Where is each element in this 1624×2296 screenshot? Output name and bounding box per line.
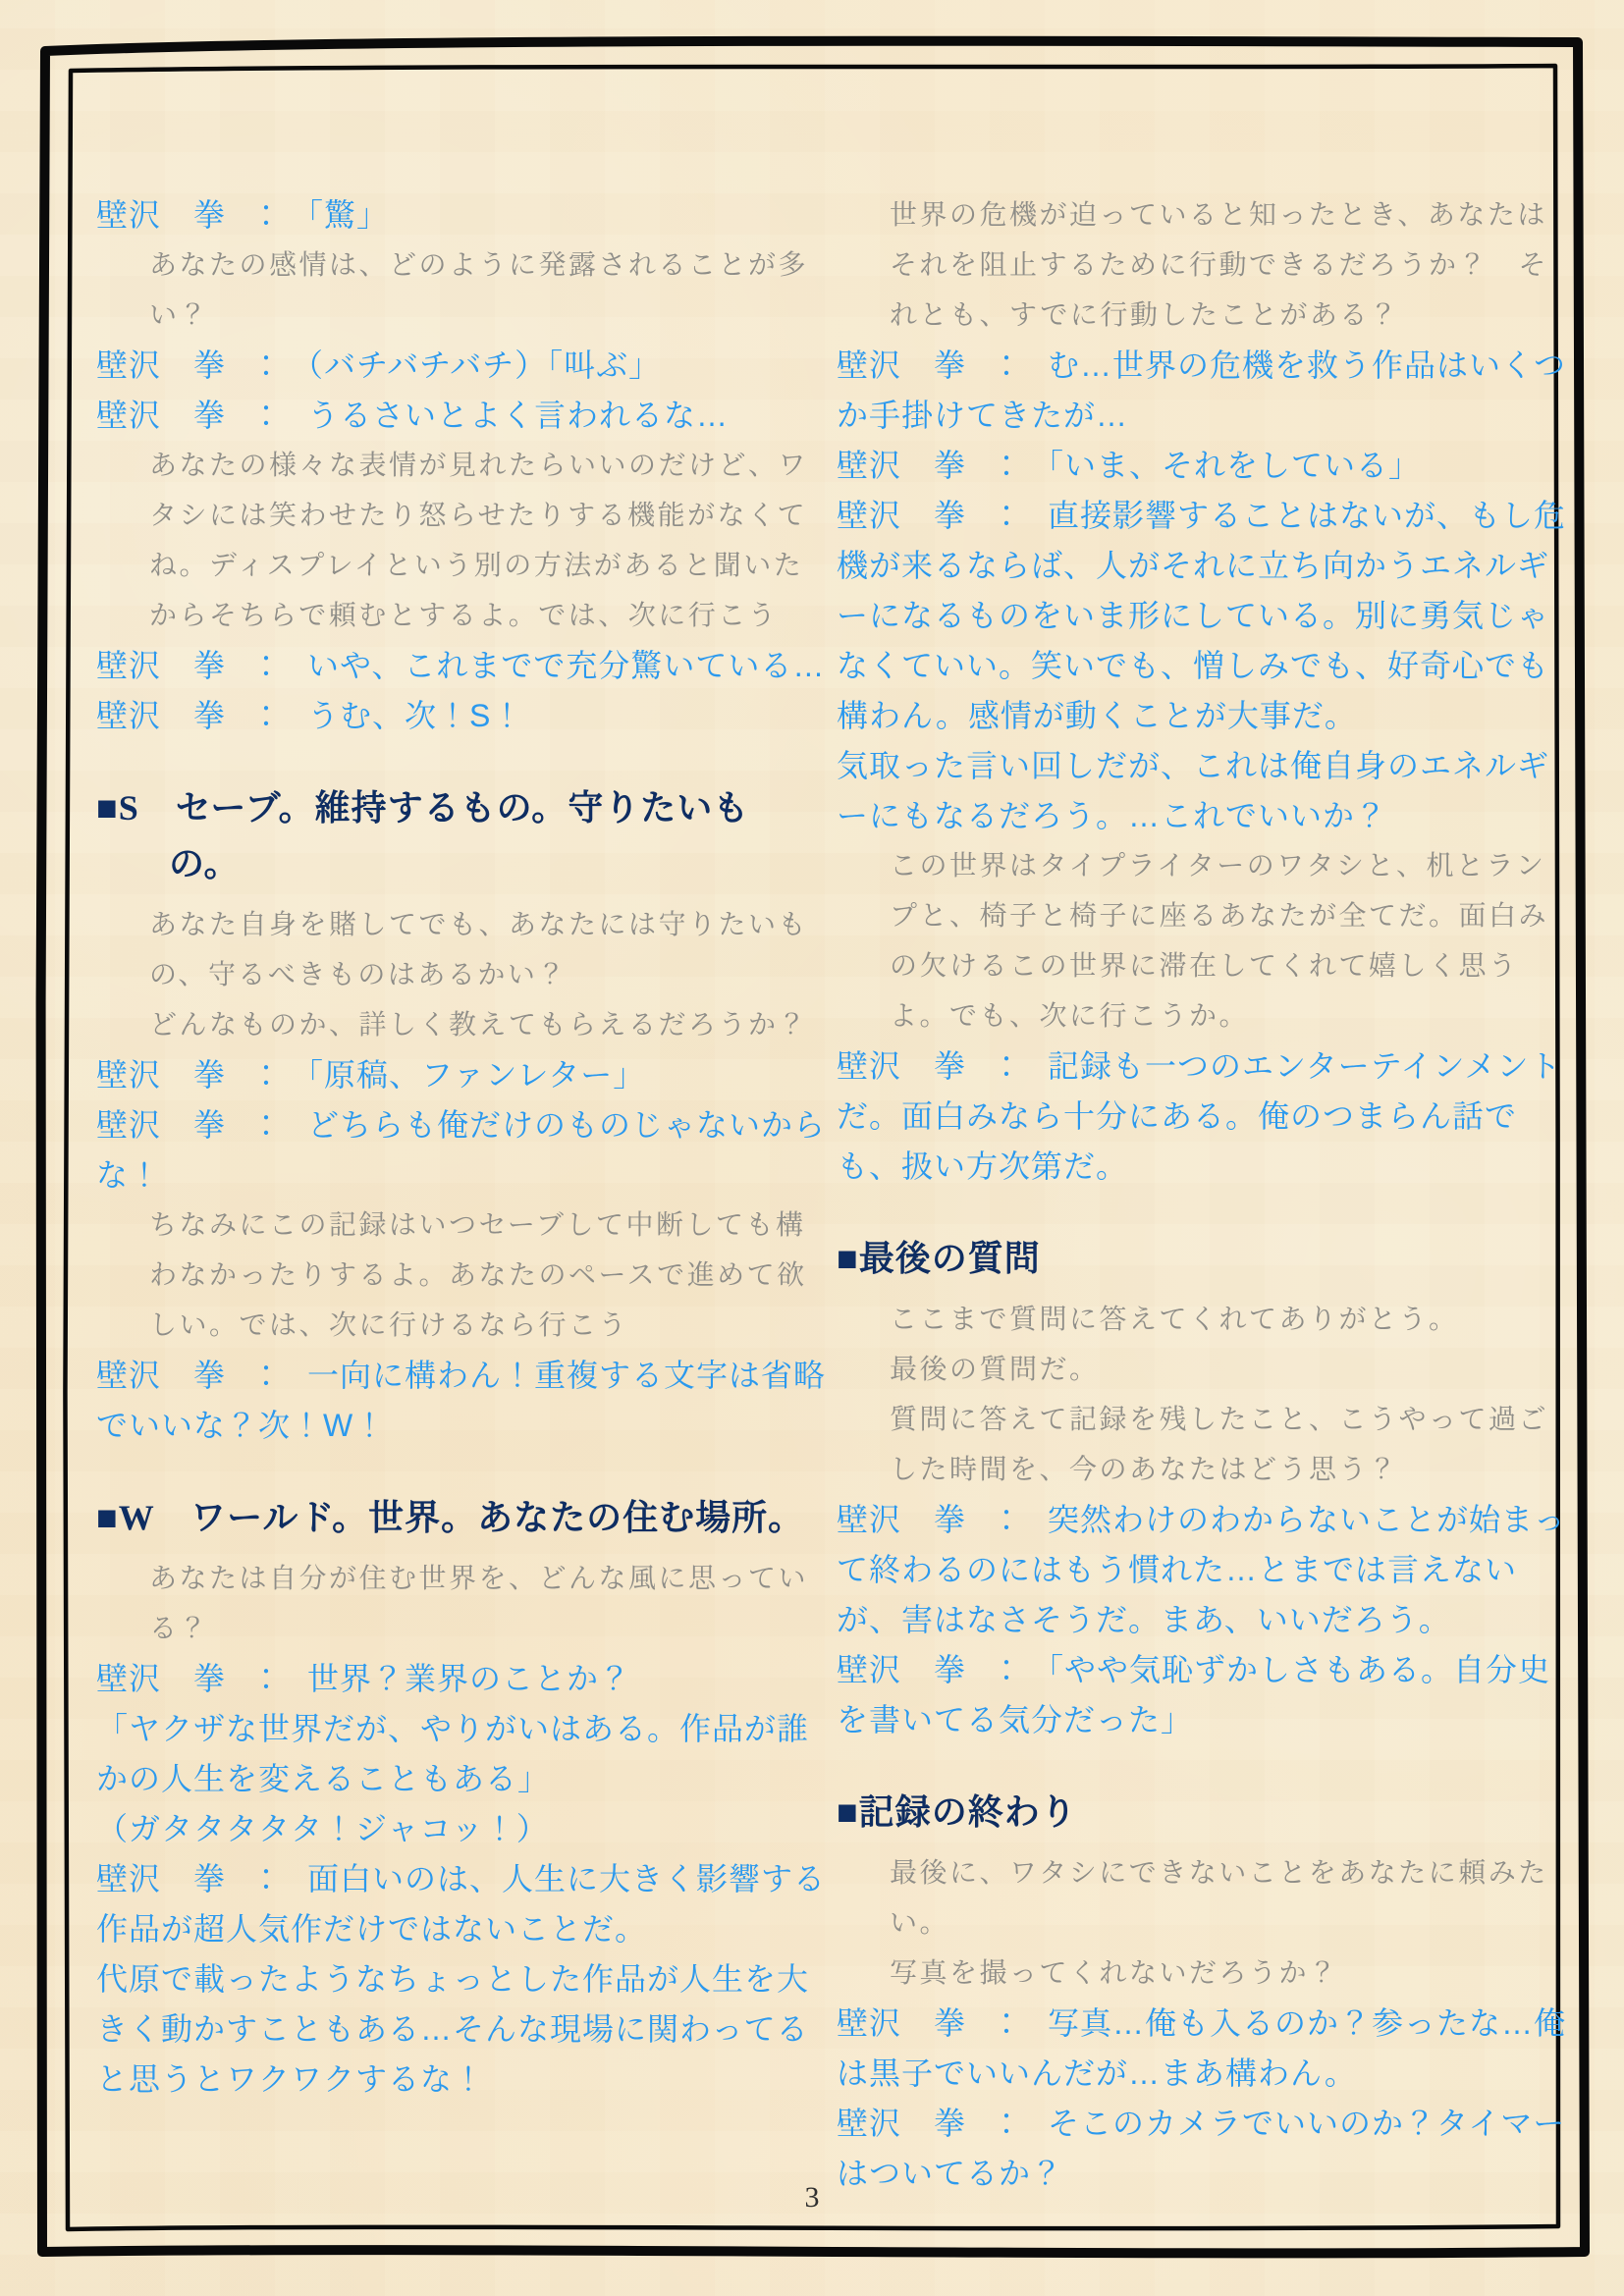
- dialogue-line: も、扱い方次第だ。: [837, 1142, 1543, 1192]
- heading-block: ■記録の終わり: [837, 1785, 1543, 1841]
- dialogue-block: 壁沢 拳 ： 「やや気恥ずかしさもある。自分史を書いてる気分だった」: [837, 1645, 1543, 1745]
- heading-block: ■S セーブ。維持するもの。守りたいも の。: [96, 780, 803, 892]
- dialogue-block: 壁沢 拳 ： 直接影響することはないが、もし危機が来るならば、人がそれに立ち向か…: [837, 491, 1543, 841]
- narration-line: ここまで質問に答えてくれてありがとう。: [837, 1295, 1543, 1345]
- dialogue-line: 壁沢 拳 ： いや、これまでで充分驚いている…: [96, 641, 803, 691]
- narration-line: い？: [96, 291, 803, 341]
- dialogue-line: 代原で載ったようなちょっとした作品が人生を大: [96, 1954, 803, 2004]
- narration-block: あなたの様々な表情が見れたらいいのだけど、ワタシには笑わせたり怒らせたりする機能…: [96, 441, 803, 641]
- narration-block: あなたは自分が住む世界を、どんな風に思っている？: [96, 1554, 803, 1654]
- dialogue-block: 壁沢 拳 ： うるさいとよく言われるな…: [96, 391, 803, 441]
- narration-line: わなかったりするよ。あなたのペースで進めて欲: [96, 1251, 803, 1301]
- dialogue-line: 作品が超人気作だけではないことだ。: [96, 1904, 803, 1954]
- narration-line: しい。では、次に行けるなら行こう: [96, 1301, 803, 1351]
- dialogue-block: 壁沢 拳 ： 記録も一つのエンターテインメントだ。面白みなら十分にある。俺のつま…: [837, 1041, 1543, 1192]
- narration-block: ちなみにこの記録はいつセーブして中断しても構わなかったりするよ。あなたのペースで…: [96, 1201, 803, 1351]
- narration-block: 最後に、ワタシにできないことをあなたに頼みたい。写真を撮ってくれないだろうか？: [837, 1848, 1543, 1999]
- heading-line: ■記録の終わり: [837, 1785, 1543, 1841]
- heading-line: の。: [96, 836, 803, 892]
- narration-block: この世界はタイプライターのワタシと、机とランプと、椅子と椅子に座るあなたが全てだ…: [837, 841, 1543, 1041]
- dialogue-line: 壁沢 拳 ： 「原稿、ファンレター」: [96, 1050, 803, 1100]
- dialogue-line: 機が来るならば、人がそれに立ち向かうエネルギ: [837, 541, 1543, 591]
- dialogue-block: 壁沢 拳 ： む…世界の危機を救う作品はいくつか手掛けてきたが…: [837, 341, 1543, 441]
- dialogue-line: 壁沢 拳 ： 一向に構わん！重複する文字は省略: [96, 1351, 803, 1401]
- dialogue-block: 壁沢 拳 ： 「驚」: [96, 190, 803, 240]
- dialogue-line: なくていい。笑いでも、憎しみでも、好奇心でも: [837, 641, 1543, 691]
- dialogue-line: か手掛けてきたが…: [837, 391, 1543, 441]
- dialogue-line: 壁沢 拳 ： うるさいとよく言われるな…: [96, 391, 803, 441]
- dialogue-line: 壁沢 拳 ： 直接影響することはないが、もし危: [837, 491, 1543, 541]
- dialogue-line: だ。面白みなら十分にある。俺のつまらん話で: [837, 1092, 1543, 1142]
- narration-line: れとも、すでに行動したことがある？: [837, 291, 1543, 341]
- dialogue-line: 壁沢 拳 ： 「いま、それをしている」: [837, 441, 1543, 491]
- narration-line: の欠けるこの世界に滞在してくれて嬉しく思う: [837, 941, 1543, 991]
- dialogue-block: 壁沢 拳 ： いや、これまでで充分驚いている…: [96, 641, 803, 691]
- dialogue-line: 壁沢 拳 ： 世界？業界のことか？: [96, 1654, 803, 1704]
- narration-line: プと、椅子と椅子に座るあなたが全てだ。面白み: [837, 891, 1543, 941]
- dialogue-line: な！: [96, 1150, 803, 1201]
- narration-line: 最後の質問だ。: [837, 1345, 1543, 1395]
- dialogue-block: 壁沢 拳 ： どちらも俺だけのものじゃないからな！: [96, 1100, 803, 1201]
- dialogue-line: て終わるのにはもう慣れた…とまでは言えない: [837, 1545, 1543, 1595]
- narration-line: あなたの様々な表情が見れたらいいのだけど、ワ: [96, 441, 803, 491]
- narration-block: 世界の危機が迫っていると知ったとき、あなたはそれを阻止するために行動できるだろう…: [837, 190, 1543, 341]
- dialogue-line: でいいな？次！W！: [96, 1401, 803, 1451]
- dialogue-line: 「ヤクザな世界だが、やりがいはある。作品が誰: [96, 1704, 803, 1754]
- dialogue-line: が、害はなさそうだ。まあ、いいだろう。: [837, 1595, 1543, 1645]
- dialogue-line: ーになるものをいま形にしている。別に勇気じゃ: [837, 591, 1543, 641]
- dialogue-block: 壁沢 拳 ： 写真…俺も入るのか？参ったな…俺は黒子でいいんだが…まあ構わん。: [837, 1999, 1543, 2099]
- narration-line: ね。ディスプレイという別の方法があると聞いた: [96, 541, 803, 591]
- narration-line: の、守るべきものはあるかい？: [96, 950, 803, 1000]
- dialogue-line: を書いてる気分だった」: [837, 1695, 1543, 1745]
- page-number: 3: [0, 2181, 1624, 2215]
- dialogue-line: 構わん。感情が動くことが大事だ。: [837, 691, 1543, 741]
- dialogue-line: 壁沢 拳 ： そこのカメラでいいのか？タイマー: [837, 2099, 1543, 2149]
- narration-line: あなた自身を賭してでも、あなたには守りたいも: [96, 900, 803, 950]
- dialogue-line: 壁沢 拳 ： 写真…俺も入るのか？参ったな…俺: [837, 1999, 1543, 2049]
- narration-line: よ。でも、次に行こうか。: [837, 991, 1543, 1041]
- heading-line: ■S セーブ。維持するもの。守りたいも: [96, 780, 803, 836]
- dialogue-line: 壁沢 拳 ： うむ、次！S！: [96, 691, 803, 741]
- dialogue-block: 壁沢 拳 ： 「いま、それをしている」: [837, 441, 1543, 491]
- dialogue-line: かの人生を変えることもある」: [96, 1754, 803, 1804]
- dialogue-line: （ガタタタタタ！ジャコッ！）: [96, 1804, 803, 1854]
- narration-line: 写真を撮ってくれないだろうか？: [837, 1949, 1543, 1999]
- narration-line: タシには笑わせたり怒らせたりする機能がなくて: [96, 491, 803, 541]
- narration-line: どんなものか、詳しく教えてもらえるだろうか？: [96, 1000, 803, 1050]
- dialogue-line: ーにもなるだろう。…これでいいか？: [837, 791, 1543, 841]
- narration-block: あなたの感情は、どのように発露されることが多い？: [96, 240, 803, 341]
- narration-line: それを阻止するために行動できるだろうか？ そ: [837, 240, 1543, 291]
- narration-line: 最後に、ワタシにできないことをあなたに頼みた: [837, 1848, 1543, 1898]
- dialogue-line: は黒子でいいんだが…まあ構わん。: [837, 2049, 1543, 2099]
- right-column: 世界の危機が迫っていると知ったとき、あなたはそれを阻止するために行動できるだろう…: [837, 190, 1543, 2199]
- dialogue-line: 壁沢 拳 ： どちらも俺だけのものじゃないから: [96, 1100, 803, 1150]
- dialogue-block: 壁沢 拳 ： 面白いのは、人生に大きく影響する作品が超人気作だけではないことだ。…: [96, 1854, 803, 2105]
- narration-line: からそちらで頼むとするよ。では、次に行こう: [96, 591, 803, 641]
- narration-line: い。: [837, 1898, 1543, 1949]
- dialogue-line: 壁沢 拳 ： 「驚」: [96, 190, 803, 240]
- heading-line: ■W ワールド。世界。あなたの住む場所。: [96, 1490, 803, 1546]
- dialogue-line: 壁沢 拳 ： 面白いのは、人生に大きく影響する: [96, 1854, 803, 1904]
- narration-line: あなたは自分が住む世界を、どんな風に思ってい: [96, 1554, 803, 1604]
- narration-line: る？: [96, 1604, 803, 1654]
- dialogue-block: 壁沢 拳 ： 「原稿、ファンレター」: [96, 1050, 803, 1100]
- dialogue-block: 壁沢 拳 ： うむ、次！S！: [96, 691, 803, 741]
- dialogue-block: 壁沢 拳 ： 世界？業界のことか？「ヤクザな世界だが、やりがいはある。作品が誰か…: [96, 1654, 803, 1854]
- narration-block: あなた自身を賭してでも、あなたには守りたいもの、守るべきものはあるかい？どんなも…: [96, 900, 803, 1050]
- dialogue-line: 壁沢 拳 ： （バチバチバチ）「叫ぶ」: [96, 341, 803, 391]
- page: { "page": { "number": "3" }, "colors": {…: [0, 0, 1624, 2296]
- dialogue-line: 壁沢 拳 ： 突然わけのわからないことが始まっ: [837, 1495, 1543, 1545]
- dialogue-line: 気取った言い回しだが、これは俺自身のエネルギ: [837, 741, 1543, 791]
- dialogue-line: きく動かすこともある…そんな現場に関わってる: [96, 2004, 803, 2055]
- dialogue-line: 壁沢 拳 ： む…世界の危機を救う作品はいくつ: [837, 341, 1543, 391]
- dialogue-block: 壁沢 拳 ： 一向に構わん！重複する文字は省略でいいな？次！W！: [96, 1351, 803, 1451]
- dialogue-line: 壁沢 拳 ： 「やや気恥ずかしさもある。自分史: [837, 1645, 1543, 1695]
- dialogue-line: と思うとワクワクするな！: [96, 2055, 803, 2105]
- dialogue-block: 壁沢 拳 ： 突然わけのわからないことが始まって終わるのにはもう慣れた…とまでは…: [837, 1495, 1543, 1645]
- left-column: 壁沢 拳 ： 「驚」あなたの感情は、どのように発露されることが多い？壁沢 拳 ：…: [96, 190, 803, 2105]
- heading-block: ■最後の質問: [837, 1231, 1543, 1287]
- dialogue-block: 壁沢 拳 ： （バチバチバチ）「叫ぶ」: [96, 341, 803, 391]
- heading-block: ■W ワールド。世界。あなたの住む場所。: [96, 1490, 803, 1546]
- narration-line: した時間を、今のあなたはどう思う？: [837, 1445, 1543, 1495]
- heading-line: ■最後の質問: [837, 1231, 1543, 1287]
- narration-line: あなたの感情は、どのように発露されることが多: [96, 240, 803, 291]
- narration-line: ちなみにこの記録はいつセーブして中断しても構: [96, 1201, 803, 1251]
- narration-line: この世界はタイプライターのワタシと、机とラン: [837, 841, 1543, 891]
- narration-line: 世界の危機が迫っていると知ったとき、あなたは: [837, 190, 1543, 240]
- dialogue-line: 壁沢 拳 ： 記録も一つのエンターテインメント: [837, 1041, 1543, 1092]
- narration-line: 質問に答えて記録を残したこと、こうやって過ご: [837, 1395, 1543, 1445]
- narration-block: ここまで質問に答えてくれてありがとう。最後の質問だ。質問に答えて記録を残したこと…: [837, 1295, 1543, 1495]
